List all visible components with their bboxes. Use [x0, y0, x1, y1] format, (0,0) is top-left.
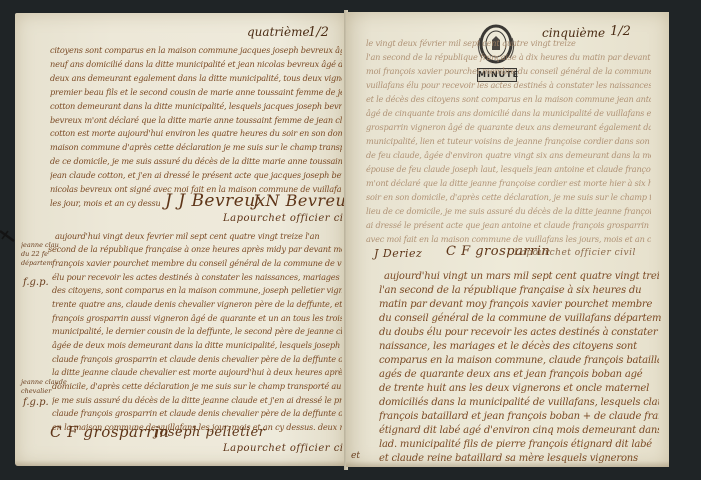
text-line: municipalité, le dernier cousin de la de… — [52, 326, 342, 337]
text-line: trente quatre ans, claude denis chevalie… — [52, 299, 342, 310]
text-line: agés de quarante deux ans et jean franço… — [379, 368, 659, 381]
text-line: comparus en la maison commune, claude fr… — [379, 354, 659, 367]
text-line: aujourd'hui vingt un mars mil sept cent … — [384, 270, 659, 283]
text-line: vuillafans élu pour recevoir les actes d… — [366, 80, 651, 91]
margin-note-right: et — [351, 452, 360, 461]
text-line: matin par devant moy françois xavier pou… — [379, 298, 659, 311]
text-line: citoyens sont comparus en la maison comm… — [50, 45, 342, 56]
text-line: de feu claude, âgée d'environ quatre vin… — [366, 150, 651, 161]
text-line: élu pour recevoir les actes destinés à c… — [52, 272, 342, 283]
text-line: domiciliés dans la municipalité de vuill… — [379, 396, 659, 409]
text-line: du conseil général de la commune de vuil… — [379, 312, 661, 325]
text-line: épouse de feu claude joseph laut, lesque… — [366, 164, 651, 175]
margin-note: f.g.p. — [23, 398, 49, 407]
text-line: et le décès des citoyens sont comparus e… — [366, 94, 651, 105]
text-line: françois bataillard et jean françois bob… — [379, 410, 659, 423]
text-line: neuf ans domicilié dans la ditte municip… — [50, 59, 342, 70]
signature-joseph-pelletier: joseph pelletier — [155, 425, 265, 440]
signature-jj-bevreux: J J Bevreux — [165, 191, 266, 211]
text-line: de trente huit ans les deux vignerons et… — [379, 382, 659, 395]
text-line: étignard dit labé agé d'environ cinq moi… — [379, 424, 659, 437]
text-line: premier beau fils et le second cousin de… — [50, 87, 342, 98]
left-page: quatrième 1/2 citoyens sont comparus en … — [15, 13, 346, 466]
page-edge — [346, 461, 669, 467]
text-line: des citoyens, sont comparus en la maison… — [52, 285, 342, 296]
text-line: bevreux m'ont déclaré que la ditte marie… — [50, 115, 342, 126]
text-line: le vingt deux février mil sept cent quat… — [366, 38, 651, 49]
text-line: âgé de cinquante trois ans domicilié dan… — [366, 108, 651, 119]
text-line: françois grosparrin aussi vigneron âgé d… — [52, 313, 342, 324]
text-line: l'an second de la république française à… — [379, 284, 659, 297]
text-line: ai dressé le présent acte que jean antoi… — [366, 220, 651, 231]
margin-note: chevalier — [21, 387, 51, 396]
folio-number-right: 1/2 — [610, 24, 631, 39]
text-line: m'ont déclaré que la ditte jeanne franço… — [366, 178, 651, 189]
text-line: domicile, d'après cette déclaration je m… — [52, 381, 342, 392]
text-line: naissance, les mariages et le décès des … — [379, 340, 659, 353]
text-line: je me suis assuré du décès de la ditte j… — [52, 395, 342, 406]
text-line: l'an second de la république française à… — [366, 52, 651, 63]
officer-signature-2: Lapourchet officier civil — [223, 443, 346, 454]
folio-number-left: 1/2 — [308, 25, 329, 40]
signature-cf-grosparrin: C F grosparrin — [50, 423, 169, 441]
text-line: claude françois grosparrin et claude den… — [52, 408, 342, 419]
margin-note: du 22 fevrier — [21, 250, 49, 259]
text-line: grosparrin vigneron âgé de quarante deux… — [366, 122, 651, 133]
text-line: de ce domicile, je me suis assuré du déc… — [50, 156, 342, 167]
text-line: claude françois grosparrin et claude den… — [52, 354, 342, 365]
text-line: moi françois xavier pourchet membre du c… — [366, 66, 651, 77]
ink-blot-mark — [0, 229, 18, 245]
text-line: la ditte jeanne claude chevalier est mor… — [52, 367, 342, 378]
signature-jn-bevreux: J N Bevreux — [253, 191, 346, 210]
text-line: jean claude cotton, et j'en ai dressé le… — [50, 170, 342, 181]
text-line: soir en son domicile, d'après cette décl… — [366, 192, 651, 203]
right-page: MINUTE cinquième 1/2 le vingt deux févri… — [346, 12, 669, 467]
text-line: maison commune d'après cette déclaration… — [50, 142, 342, 153]
text-line: deux ans demeurant egalement dans la dit… — [50, 73, 342, 84]
margin-note: jeanne claude chevalier — [21, 241, 59, 250]
officer-signature-1: Lapourchet officier civil — [223, 213, 346, 224]
text-line: cotton demeurant dans la ditte municipal… — [50, 101, 342, 112]
text-line: françois xavier pourchet membre du conse… — [52, 258, 342, 269]
page-edge — [15, 460, 346, 466]
signature-j-deriez: J Deriez — [374, 247, 422, 260]
text-line: lieu de ce domicile, je me suis assuré d… — [366, 206, 651, 217]
text-line: municipalité, lien et tuteur voisins de … — [366, 136, 651, 147]
text-line: second de la république française à onze… — [48, 244, 342, 255]
text-line: les jour, mois et an cy dessus — [50, 198, 160, 209]
text-line: aujourd'hui vingt deux fevrier mil sept … — [55, 231, 342, 242]
text-line: âgée de deux mois demeurant dans la ditt… — [52, 340, 342, 351]
text-line: cotton est morte aujourd'hui environ les… — [50, 128, 342, 139]
margin-note: jeanne claude — [21, 378, 67, 387]
folio-heading-left: quatrième — [247, 25, 310, 39]
officer-signature-right: Lapourchet officier civil — [514, 248, 636, 258]
margin-note: département du doubs — [21, 259, 53, 268]
text-line: lad. municipalité fils de pierre françoi… — [379, 438, 659, 451]
text-line: du doubs élu pour recevoir les actes des… — [379, 326, 659, 339]
margin-note: f.g.p. — [23, 278, 49, 287]
